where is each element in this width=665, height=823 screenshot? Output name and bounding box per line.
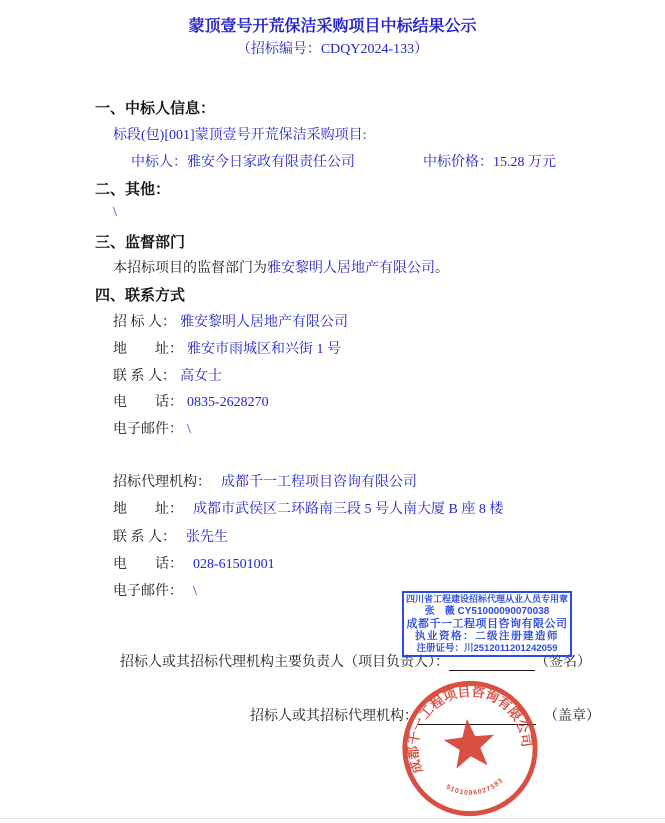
section3-heading: 三、监督部门 [95, 231, 185, 252]
blue-stamp-name-id: 张 薇 CY51000090070038 [404, 606, 570, 618]
signature1-label: 招标人或其招标代理机构主要负责人（项目负责人）： [120, 655, 449, 670]
agency-email-row: 电子邮件：\ [113, 580, 197, 600]
section2-heading: 二、其他： [95, 178, 170, 199]
star-icon [442, 716, 497, 769]
section4-heading: 四、联系方式 [95, 284, 185, 305]
agency-email-label: 电子邮件： [113, 584, 183, 599]
winner-name: 雅安今日家政有限责任公司 [187, 155, 355, 170]
section1-heading: 一、中标人信息： [95, 97, 215, 118]
winner-line: 中标人：雅安今日家政有限责任公司中标价格：15.28 万元 [131, 151, 556, 171]
blue-practitioner-stamp: 四川省工程建设招标代理从业人员专用章 张 薇 CY51000090070038 … [402, 591, 572, 657]
tenderer-contact: 高女士 [180, 369, 222, 384]
page-bottom-rule [0, 818, 665, 819]
signature1-suffix: （签名） [535, 655, 591, 670]
signature1-blank [449, 656, 535, 671]
agency-name-row: 招标代理机构：成都千一工程项目咨询有限公司 [113, 471, 417, 491]
blue-stamp-qualification: 执业资格：二级注册建造师 [404, 630, 570, 642]
tenderer-name-label: 招 标 人： [113, 315, 176, 330]
agency-phone-label: 电 话： [113, 557, 183, 572]
seal-number-text: 5101096027583 [444, 776, 506, 799]
signature2-suffix: （盖章） [544, 709, 600, 724]
blue-stamp-title: 四川省工程建设招标代理从业人员专用章 [404, 593, 570, 605]
tenderer-address: 雅安市雨城区和兴街 1 号 [187, 342, 341, 357]
agency-name-label: 招标代理机构： [113, 475, 211, 490]
winner-label: 中标人： [131, 155, 187, 170]
agency-phone: 028-61501001 [193, 557, 275, 572]
agency-address: 成都市武侯区二环路南三段 5 号人南大厦 B 座 8 楼 [193, 502, 503, 517]
tenderer-phone: 0835-2628270 [187, 395, 269, 410]
blue-stamp-reg-number: 注册证号：川2512011201242059 [404, 643, 570, 655]
price-label: 中标价格： [423, 155, 493, 170]
section2-value: \ [113, 205, 117, 221]
signature2-label: 招标人或其招标代理机构： [250, 709, 418, 724]
price-value: 15.28 万元 [493, 155, 556, 170]
tender-number: （招标编号：CDQY2024-133） [0, 38, 665, 58]
tenderer-email: \ [187, 422, 191, 437]
agency-email: \ [193, 584, 197, 599]
tenderer-contact-label: 联 系 人： [113, 369, 176, 384]
supervision-company: 雅安黎明人居地产有限公司 [267, 261, 435, 276]
tenderer-phone-label: 电 话： [113, 395, 183, 410]
agency-contact-label: 联 系 人： [113, 530, 176, 545]
page-title: 蒙顶壹号开荒保洁采购项目中标结果公示 [0, 13, 665, 36]
tenderer-contact-row: 联 系 人：高女士 [113, 365, 222, 385]
svg-text:5101096027583: 5101096027583 [444, 776, 506, 799]
tenderer-phone-row: 电 话：0835-2628270 [113, 391, 269, 411]
tenderer-address-label: 地 址： [113, 342, 183, 357]
agency-address-label: 地 址： [113, 502, 183, 517]
tenderer-address-row: 地 址：雅安市雨城区和兴街 1 号 [113, 338, 341, 358]
agency-phone-row: 电 话：028-61501001 [113, 553, 275, 573]
blue-stamp-company: 成都千一工程项目咨询有限公司 [404, 618, 570, 630]
supervision-line: 本招标项目的监督部门为雅安黎明人居地产有限公司。 [113, 257, 449, 277]
tenderer-name-row: 招 标 人：雅安黎明人居地产有限公司 [113, 311, 348, 331]
red-company-seal: 成都千一工程项目咨询有限公司 5101096027583 [396, 674, 544, 823]
tenderer-name: 雅安黎明人居地产有限公司 [180, 315, 348, 330]
agency-address-row: 地 址：成都市武侯区二环路南三段 5 号人南大厦 B 座 8 楼 [113, 498, 503, 518]
supervision-suffix: 。 [435, 261, 449, 276]
agency-contact-row: 联 系 人：张先生 [113, 526, 228, 546]
agency-contact: 张先生 [186, 530, 228, 545]
supervision-prefix: 本招标项目的监督部门为 [113, 261, 267, 276]
tenderer-email-label: 电子邮件： [113, 422, 183, 437]
tenderer-email-row: 电子邮件：\ [113, 418, 191, 438]
package-line: 标段(包)[001]蒙顶壹号开荒保洁采购项目: [113, 124, 367, 144]
agency-name: 成都千一工程项目咨询有限公司 [221, 475, 417, 490]
